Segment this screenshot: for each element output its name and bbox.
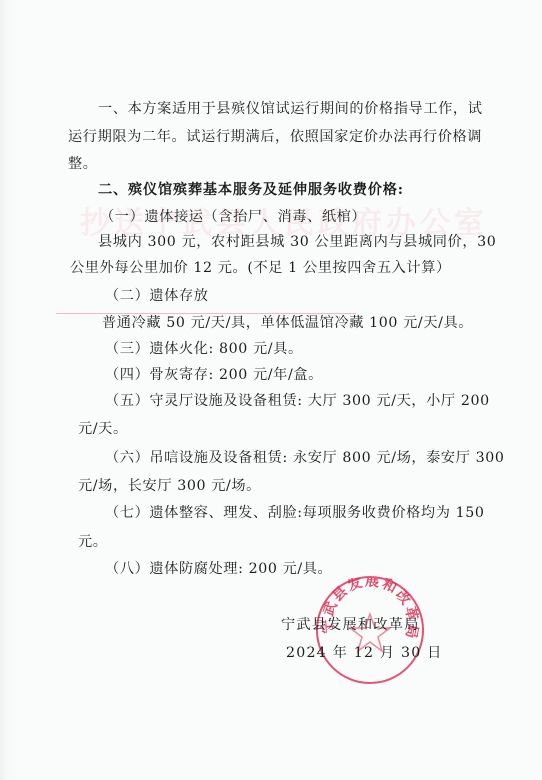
item2-body-line1: 普通冷藏 50 元/天/具，单体低温馆冷藏 100 元/天/具。 — [102, 314, 473, 332]
item6-body-line1: 元/场，长安厅 300 元/场。 — [78, 477, 261, 495]
item6-title: （六）吊唁设施及设备租赁: 永安厅 800 元/场，泰安厅 300 — [105, 449, 505, 467]
section1-line1: 一、本方案适用于县殡仪馆试运行期间的价格指导工作，试 — [98, 100, 482, 118]
item1-body-line1: 县城内 300 元，农村距县城 30 公里距离内与县城同价，30 — [98, 233, 496, 251]
item4-title: （四）骨灰寄存: 200 元/年/盒。 — [105, 366, 323, 384]
item1-title: （一）遗体接运（含抬尸、消毒、纸棺） — [100, 208, 366, 226]
item3-title: （三）遗体火化: 800 元/具。 — [105, 340, 303, 358]
section1-line2: 运行期限为二年。试运行期满后，依照国家定价办法再行价格调 — [68, 128, 482, 146]
item5-body-line1: 元/天。 — [78, 420, 128, 438]
item7-title: （七）遗体整容、理发、刮脸:每项服务收费价格均为 150 — [105, 504, 484, 522]
document-page: 抄送宁武县人民政府办公室 一、本方案适用于县殡仪馆试运行期间的价格指导工作，试 … — [0, 0, 542, 780]
item7-body-line1: 元。 — [78, 533, 108, 551]
section1-line3: 整。 — [68, 155, 98, 173]
signoff-date: 2024 年 12 月 30 日 — [286, 642, 443, 662]
section2-heading: 二、殡仪馆殡葬基本服务及延伸服务收费价格: — [98, 181, 404, 199]
item5-title: （五）守灵厅设施及设备租赁: 大厅 300 元/天，小厅 200 — [105, 392, 490, 410]
signoff-organization: 宁武县发展和改革局 — [281, 614, 420, 634]
item2-title: （二）遗体存放 — [105, 287, 209, 305]
item1-body-line2: 公里外每公里加价 12 元。(不足 1 公里按四舍五入计算） — [70, 259, 451, 277]
item8-title: （八）遗体防腐处理: 200 元/具。 — [105, 560, 332, 578]
